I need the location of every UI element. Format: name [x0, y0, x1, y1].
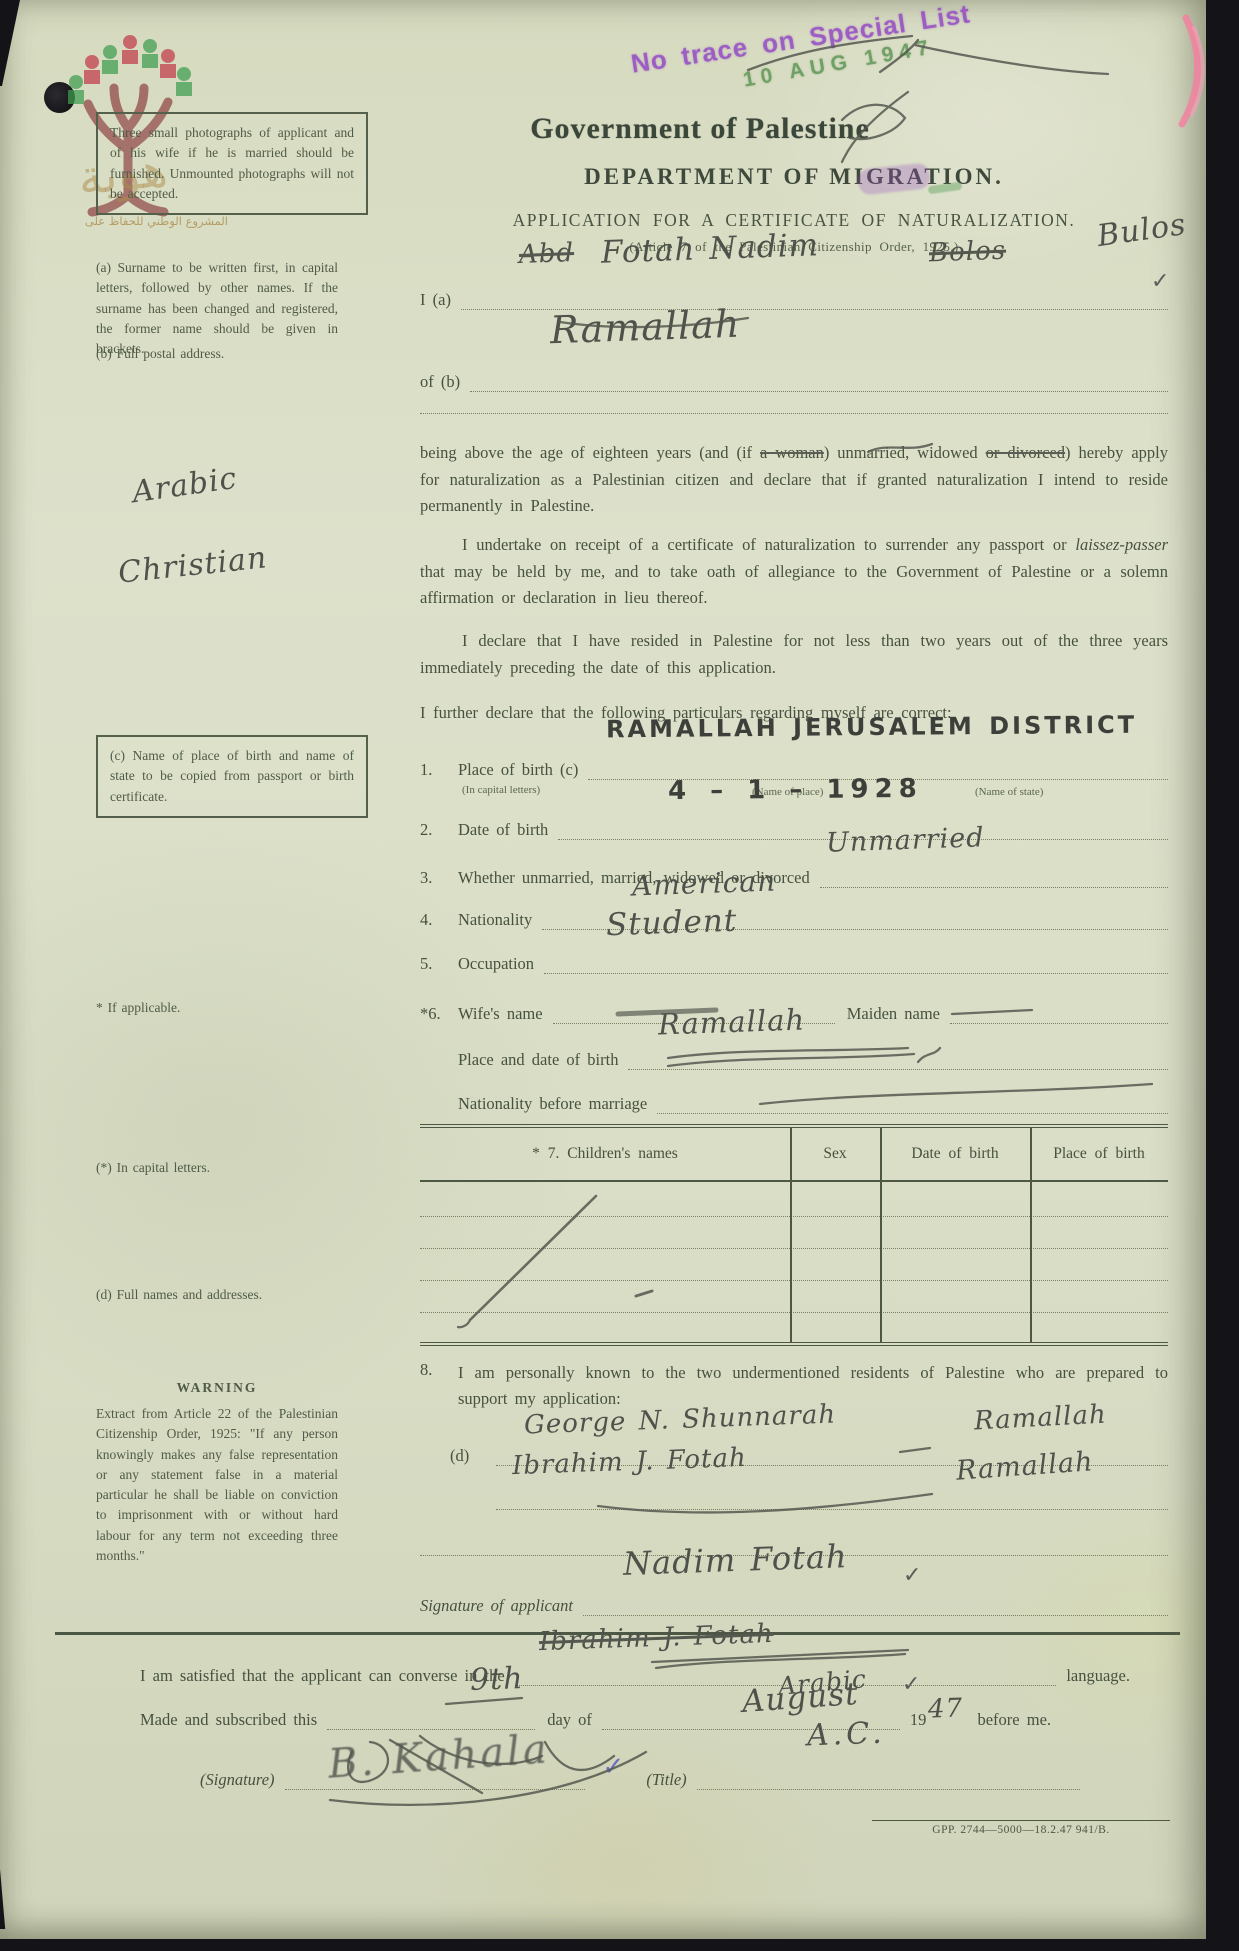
government-title: Government of Palestine — [420, 112, 980, 146]
p2-text: I undertake on receipt of a certificate … — [462, 535, 1075, 554]
margin-note-capitals: (*) In capital letters. — [96, 1158, 338, 1178]
name-value: Fotah Nadim — [600, 227, 819, 271]
item-occupation: 5. Occupation Student — [420, 940, 1168, 974]
department-title: DEPARTMENT OF MIGRATION. — [420, 164, 1168, 190]
wife-birth-line: Ramallah — [628, 1035, 1168, 1070]
warning-body: Extract from Article 22 of the Palestini… — [96, 1404, 338, 1566]
column-place-of-birth: Place of birth — [1030, 1145, 1168, 1163]
maiden-name-label: Maiden name — [835, 1004, 950, 1024]
subnote-name-of-state: (Name of state) — [975, 786, 1043, 798]
item-wife-birth: Place and date of birth Ramallah — [420, 1036, 1168, 1070]
scan-background: هوية المشروع الوطني للحفاظ على Three sma… — [0, 0, 1239, 1951]
maiden-name-line — [950, 1023, 1168, 1024]
item5-number: 5. — [420, 954, 458, 974]
name-struck-first: Abd — [518, 238, 574, 270]
wife-name-label: Wife's name — [458, 1004, 553, 1024]
wife-birth-label: Place and date of birth — [458, 1050, 628, 1070]
item-marital-status: 3. Whether unmarried, married, widowed o… — [420, 854, 1168, 888]
witness-line-2: Ibrahim J. Fotah Ramallah — [496, 1475, 1168, 1510]
marital-status-value: Unmarried — [825, 822, 985, 859]
made-label: Made and subscribed this — [140, 1710, 327, 1730]
witness-row-2: Ibrahim J. Fotah Ramallah — [420, 1476, 1168, 1510]
name-struck-last: Bolos — [928, 236, 1006, 269]
photo-instruction-box: Three small photographs of applicant and… — [96, 112, 368, 215]
table-row-line — [420, 1312, 1168, 1313]
item3-number: 3. — [420, 868, 458, 888]
language-struck-entry: Ibrahim J. Fotah — [538, 1619, 774, 1657]
wife-nationality-label: Nationality before marriage — [458, 1094, 657, 1114]
officer-signature-line — [285, 1789, 585, 1790]
wife-birth-value-struck: Ramallah — [658, 1002, 806, 1041]
address-line: Ramallah — [470, 347, 1168, 392]
title-value: A.C. — [806, 1716, 886, 1754]
witness-d-label: (d) — [420, 1446, 496, 1466]
p1-text-mid: ) unmarried, widowed — [824, 443, 986, 462]
warning-title: WARNING — [96, 1378, 338, 1398]
item-date-of-birth: 2. Date of birth 4 – 1 – 1928 — [420, 806, 1168, 840]
table-row-line — [420, 1216, 1168, 1217]
made-subscribed-row: Made and subscribed this day of 19 47 be… — [140, 1694, 1130, 1730]
item-wife-nationality: Nationality before marriage — [420, 1080, 1168, 1114]
day-value: 9th — [469, 1661, 524, 1698]
item2-number: 2. — [420, 820, 458, 840]
item1-label: Place of birth (c) — [458, 760, 588, 780]
declaration-undertake: I undertake on receipt of a certificate … — [420, 532, 1168, 612]
applicant-signature-value: Nadim Fotah — [622, 1537, 848, 1583]
i-a-label: I (a) — [420, 290, 461, 310]
applicant-name-line: Abd Fotah Nadim Bolos Bulos ✓ — [461, 265, 1168, 310]
item-nationality: 4. Nationality American — [420, 896, 1168, 930]
document-page: هوية المشروع الوطني للحفاظ على Three sma… — [0, 0, 1206, 1939]
applicant-signature-line: Nadim Fotah ✓ — [583, 1577, 1168, 1616]
applicant-signature-label: Signature of applicant — [420, 1596, 583, 1616]
year-prefix: 19 — [900, 1710, 929, 1730]
applicant-signature-check: ✓ — [903, 1563, 921, 1588]
table-row-line — [420, 1248, 1168, 1249]
table-column-divider — [1030, 1128, 1032, 1342]
occupation-value: Student — [605, 903, 737, 944]
margin-annotation-language: Arabic — [130, 461, 239, 510]
officer-signature-label: (Signature) — [200, 1770, 285, 1790]
form-reference-number: GPP. 2744—5000—18.2.47 941/B. — [872, 1820, 1170, 1836]
margin-note-d: (d) Full names and addresses. — [96, 1285, 338, 1305]
photo-instruction-text: Three small photographs of applicant and… — [110, 125, 354, 201]
converse-label: I am satisfied that the applicant can co… — [140, 1666, 515, 1686]
p1-text: being above the age of eighteen years (a… — [420, 443, 760, 462]
correction-check-mark: ✓ — [1151, 269, 1169, 294]
column-sex: Sex — [790, 1145, 880, 1163]
before-me-label: before me. — [963, 1710, 1051, 1730]
margin-note-c-box: (c) Name of place of birth and name of s… — [96, 735, 368, 818]
language-word: language. — [1056, 1666, 1130, 1686]
subnote-capital-letters: (In capital letters) — [462, 784, 540, 796]
declaration-residence: I declare that I have resided in Palesti… — [420, 628, 1168, 681]
item6-number: *6. — [420, 1004, 458, 1024]
address-value: Ramallah — [549, 302, 741, 353]
year-value: 47 — [928, 1693, 964, 1724]
column-date-of-birth: Date of birth — [880, 1145, 1030, 1163]
item4-number: 4. — [420, 910, 458, 930]
title-line: A.C. — [697, 1749, 1080, 1790]
table-column-divider — [790, 1128, 792, 1342]
margin-note-b: (b) Full postal address. — [96, 344, 338, 364]
applicant-signature-row: Signature of applicant Nadim Fotah ✓ — [420, 1578, 1168, 1616]
witness1-place: Ramallah — [973, 1400, 1107, 1437]
address-row-2 — [420, 400, 1168, 414]
table-row-line — [420, 1280, 1168, 1281]
torn-corner-top-left — [0, 0, 20, 86]
p1-struck-woman: a woman — [760, 443, 824, 462]
column-children-names: * 7. Children's names — [420, 1145, 790, 1163]
margin-annotation-religion: Christian — [117, 540, 269, 590]
item4-label: Nationality — [458, 910, 542, 930]
p2-text-end: that may be held by me, and to take oath… — [420, 562, 1168, 608]
nationality-value: American — [632, 864, 777, 902]
occupation-line: Student — [544, 939, 1168, 974]
place-of-birth-value: RAMALLAH JERUSALEM DISTRICT — [606, 711, 1137, 744]
children-table: * 7. Children's names Sex Date of birth … — [420, 1124, 1168, 1346]
p1-struck-divorced: or divorced — [986, 443, 1065, 462]
watermark-arabic-subtitle: المشروع الوطني للحفاظ على — [58, 214, 228, 229]
address-row: of (b) Ramallah — [420, 348, 1168, 392]
item8-number: 8. — [420, 1360, 458, 1380]
marital-status-line: Unmarried — [820, 853, 1168, 888]
declaration-eligibility: being above the age of eighteen years (a… — [420, 440, 1168, 520]
children-table-header: * 7. Children's names Sex Date of birth … — [420, 1128, 1168, 1182]
margin-note-if-applicable: * If applicable. — [96, 998, 338, 1018]
item2-label: Date of birth — [458, 820, 558, 840]
wife-nationality-line — [657, 1079, 1168, 1114]
applicant-name-row: I (a) Abd Fotah Nadim Bolos Bulos ✓ — [420, 266, 1168, 310]
margin-note-c: (c) Name of place of birth and name of s… — [110, 748, 354, 804]
converse-row: I am satisfied that the applicant can co… — [140, 1650, 1130, 1686]
torn-corner-bottom-left — [0, 1869, 26, 1929]
p2-laissez-passer: laissez-passer — [1075, 535, 1168, 554]
item1-number: 1. — [420, 760, 458, 780]
table-column-divider — [880, 1128, 882, 1342]
title-check-blue: ✓ — [603, 1752, 625, 1782]
of-b-label: of (b) — [420, 372, 470, 392]
date-of-birth-value: 4 – 1 – 1928 — [668, 774, 923, 806]
item5-label: Occupation — [458, 954, 544, 974]
